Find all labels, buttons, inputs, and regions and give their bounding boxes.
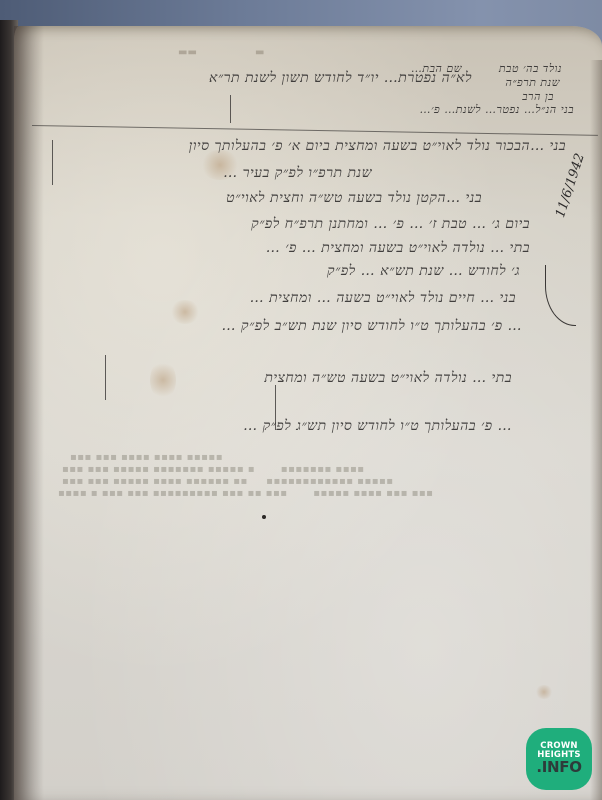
watermark-text: .INFO [536, 760, 581, 776]
record-line: בני … חיים נולד לאוי״ט בשעה … ומחצית … [250, 290, 516, 307]
header-note: לא״ה נפטרת… יו״ד לחודש תשון לשנת תר״א [209, 70, 472, 87]
page-edge-shadow [590, 60, 602, 800]
faded-printed-text: ▪▪▪ ▪▪▪ ▪▪▪▪ ▪▪▪▪ ▪▪▪▪▪ [70, 452, 223, 463]
paper-stain [150, 360, 176, 400]
printed-header-ghost: ▬ [255, 47, 264, 58]
page-gutter-shadow [14, 26, 44, 800]
crownheights-info-watermark: CROWN HEIGHTS .INFO [526, 728, 592, 790]
paper-stain [170, 300, 200, 324]
record-line: ביום ג׳ … טבת ז׳ … פ׳ … ומחתנן תרפ״ח לפ״… [251, 216, 530, 233]
faded-printed-text: ▪▪▪▪ ▪ ▪▪▪ ▪▪▪ ▪▪▪▪▪▪▪▪▪ ▪▪▪ ▪▪ ▪▪▪ ▪▪▪▪… [58, 488, 433, 499]
ink-spot [262, 515, 266, 519]
record-line: בני …הקטן נולד בשעה טש״ה וחצית לאוי״ט [226, 190, 482, 207]
pen-stroke [230, 95, 231, 123]
paper-stain [535, 685, 553, 699]
record-line: בתי … נולדה לאוי״ט בשעה ומחצית … פ׳ … [266, 240, 530, 257]
printed-header-ghost: ▬▬ [178, 47, 197, 58]
pen-stroke [105, 355, 106, 400]
record-line: … פ׳ בהעלותך ט״ו לחודש סיון תש״ג לפ״ק … [243, 418, 512, 435]
header-note: בן הרב [522, 90, 554, 103]
faded-printed-text: ▪▪▪ ▪▪▪ ▪▪▪▪▪ ▪▪▪▪▪▪▪ ▪▪▪▪▪ ▪ ▪▪▪▪▪▪▪ ▪▪… [62, 464, 365, 475]
header-note: שנת תרפ״ה [505, 76, 560, 89]
header-note: בני הנ״ל… נפטר… לשנת… פ׳… [419, 103, 574, 116]
record-line: שנת תרפ״ו לפ״ק בעיר … [223, 165, 372, 182]
record-line: בני …הבכור נולד לאוי״ט בשעה ומחצית ביום … [189, 138, 566, 155]
record-line: בתי … נולדה לאוי״ט בשעה טש״ה ומחצית [264, 370, 512, 387]
photo-scene: ▬▬ ▬ נולד בה׳ טבת שנת תרפ״ה בן הרב שם הב… [0, 0, 602, 800]
header-note: נולד בה׳ טבת [499, 62, 562, 75]
pen-stroke [52, 140, 53, 185]
record-line: ג׳ לחודש … שנת תש״א … לפ״ק [327, 263, 520, 280]
record-line: … פ׳ בהעלותך ט״ו לחודש סיון שנת תש״ב לפ״… [222, 318, 522, 335]
faded-printed-text: ▪▪▪ ▪▪▪ ▪▪▪▪▪ ▪▪▪▪ ▪▪▪▪▪▪ ▪▪ ▪▪▪▪▪▪▪▪▪▪▪… [62, 476, 394, 487]
